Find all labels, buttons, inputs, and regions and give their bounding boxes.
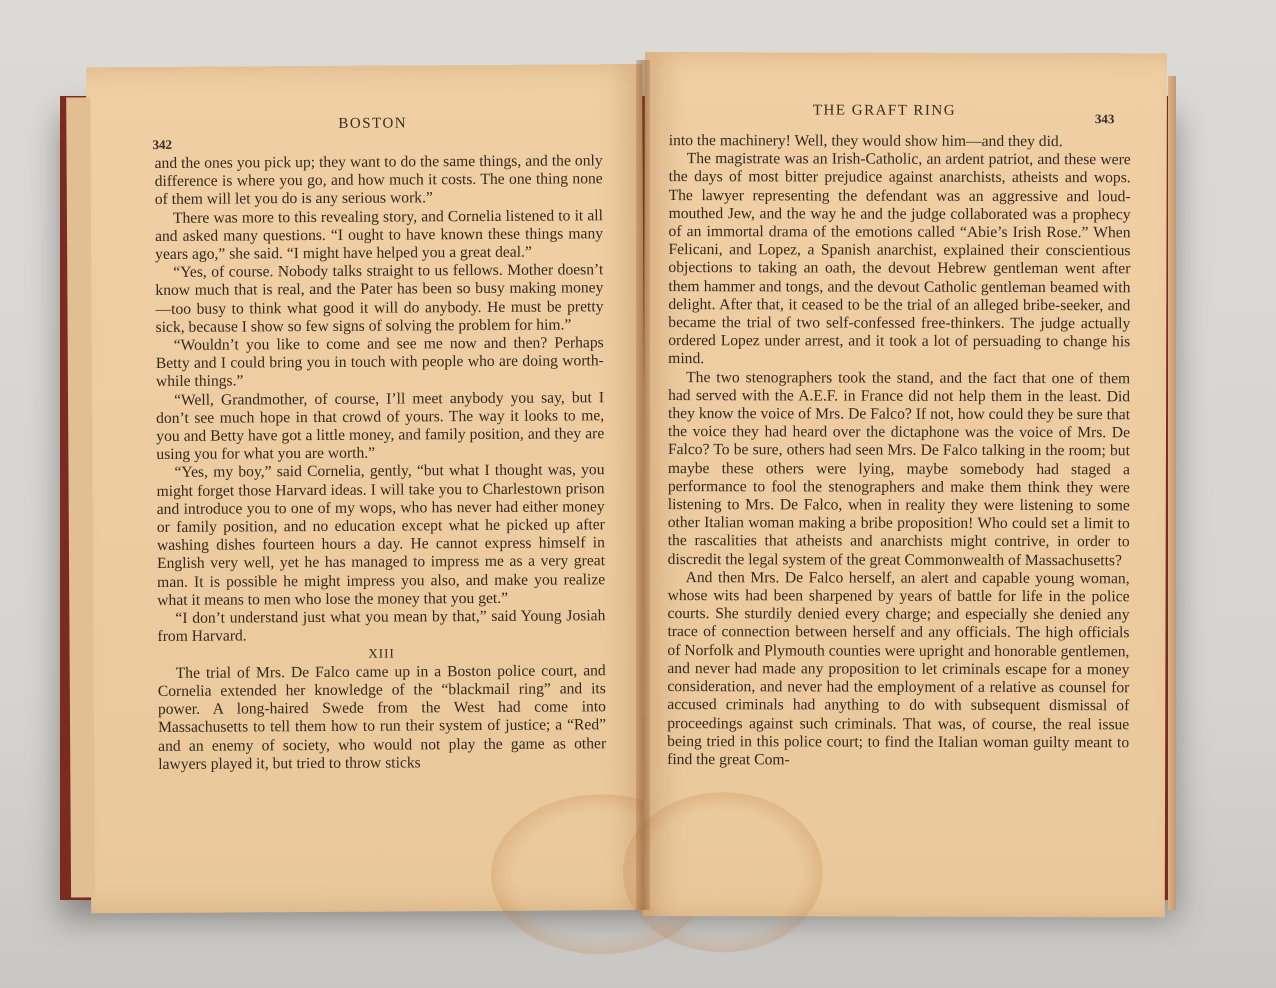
paragraph: The magistrate was an Irish-Catholic, an… — [668, 150, 1131, 370]
paragraph: “Wouldn’t you like to come and see me no… — [156, 334, 604, 391]
water-stain — [623, 792, 823, 953]
paragraph: And then Mrs. De Falco herself, an alert… — [667, 569, 1130, 770]
paragraph: “I don’t understand just what you mean b… — [157, 607, 605, 646]
paragraph: and the ones you pick up; they want to d… — [155, 152, 603, 209]
paragraph: “Well, Grandmother, of course, I’ll meet… — [156, 389, 604, 465]
page-number-left: 342 — [152, 137, 172, 153]
left-page-body: and the ones you pick up; they want to d… — [155, 152, 607, 774]
right-page-body: into the machinery! Well, they would sho… — [667, 132, 1131, 770]
paragraph: There was more to this revealing story, … — [155, 207, 603, 264]
paragraph: into the machinery! Well, they would sho… — [669, 132, 1131, 151]
paragraph: The two stenographers took the stand, an… — [668, 369, 1131, 570]
left-page-edge — [66, 97, 95, 897]
paragraph: “Yes, of course. Nobody talks straight t… — [155, 261, 603, 337]
page-number-right: 343 — [1095, 111, 1115, 127]
book-gutter — [636, 60, 650, 910]
right-page: THE GRAFT RING 343 into the machinery! W… — [643, 52, 1167, 917]
running-head-left: BOSTON — [338, 115, 407, 132]
paragraph: “Yes, my boy,” said Cornelia, gently, “b… — [156, 462, 605, 610]
paragraph: The trial of Mrs. De Falco came up in a … — [158, 662, 607, 774]
left-page: BOSTON 342 and the ones you pick up; the… — [86, 64, 647, 913]
page-edges-right — [1168, 76, 1176, 910]
running-head-right: THE GRAFT RING — [813, 102, 956, 119]
